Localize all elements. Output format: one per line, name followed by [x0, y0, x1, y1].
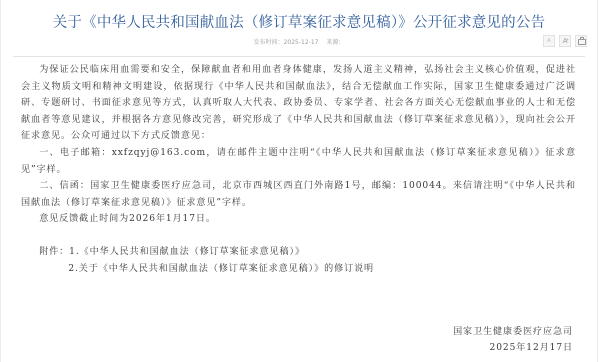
attachment-1: 附件：1.《中华人民共和国献血法（修订草案征求意见稿）》: [21, 244, 576, 261]
attachments-label: 附件：: [39, 247, 69, 257]
email-paragraph: 一、电子邮箱：xxfzqyj@163.com，请在邮件主题中注明“《中华人民共和…: [21, 145, 576, 178]
attachment-2: 2.关于《中华人民共和国献血法（修订草案征求意见稿）》的修订说明: [21, 261, 576, 278]
page-title: 关于《中华人民共和国献血法（修订草案征求意见稿）》公开征求意见的公告: [1, 11, 597, 32]
article-meta: 发布时间：2025-12-17 来源：: [1, 37, 597, 46]
attachment-link-2[interactable]: 2.关于《中华人民共和国献血法（修订草案征求意见稿）》的修订说明: [68, 264, 374, 274]
printer-icon: [578, 39, 586, 45]
article-body: 为保证公民临床用血需要和安全，保障献血者和用血者身体健康，发扬人道主义精神，弘扬…: [21, 62, 576, 277]
letter-paragraph: 二、信函：国家卫生健康委医疗应急司，北京市西城区西直门外南路1号，邮编：1000…: [21, 178, 576, 211]
font-decrease-icon: A: [547, 38, 550, 44]
signature-date: 2025年12月17日: [453, 340, 573, 356]
attachment-link-1[interactable]: 1.《中华人民共和国献血法（修订草案征求意见稿）》: [69, 247, 305, 257]
plus-icon: +: [566, 35, 569, 45]
header-divider: [13, 56, 585, 57]
deadline-paragraph: 意见反馈截止时间为2026年1月17日。: [21, 211, 576, 228]
publish-date: 2025-12-17: [284, 39, 319, 46]
article-page: 关于《中华人民共和国献血法（修订草案征求意见稿）》公开征求意见的公告 发布时间：…: [0, 0, 598, 362]
font-decrease-button[interactable]: A: [543, 35, 555, 47]
signature-org: 国家卫生健康委医疗应急司: [453, 324, 573, 340]
article-tools: A A+: [543, 35, 587, 47]
signature-block: 国家卫生健康委医疗应急司 2025年12月17日: [453, 324, 573, 356]
publish-label: 发布时间：: [254, 39, 284, 46]
font-increase-button[interactable]: A+: [559, 35, 571, 47]
publish-time: 发布时间：2025-12-17: [254, 39, 319, 46]
source-label: 来源：: [326, 39, 344, 46]
intro-paragraph: 为保证公民临床用血需要和安全，保障献血者和用血者身体健康，发扬人道主义精神，弘扬…: [21, 62, 576, 145]
print-button[interactable]: [575, 35, 587, 47]
